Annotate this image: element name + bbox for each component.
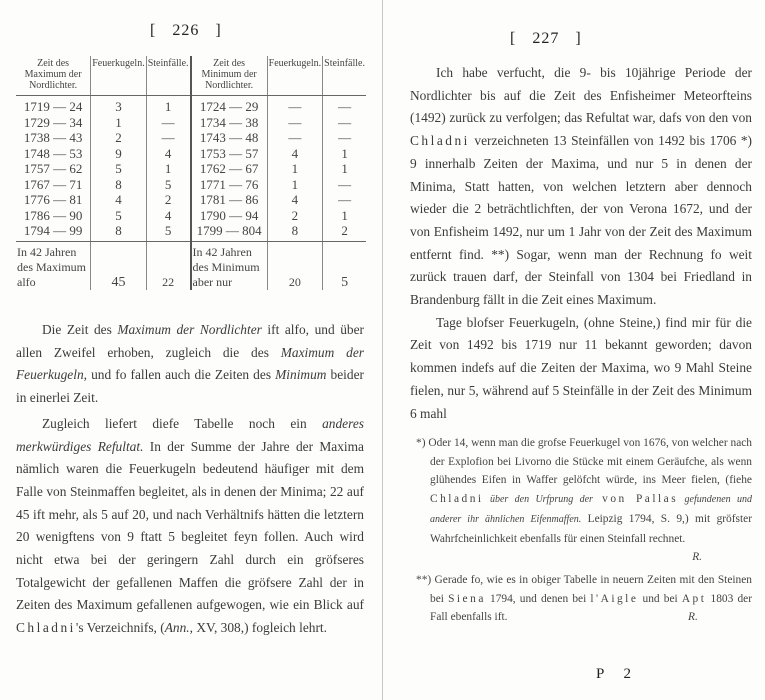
footnote-1-signature: R. <box>414 548 752 567</box>
paragraph: Ich habe verfucht, die 9- bis 10jährige … <box>410 62 752 312</box>
right-body-text: Ich habe verfucht, die 9- bis 10jährige … <box>410 62 752 425</box>
header-max-time: Zeit des Maximum der Nordlichter. <box>16 56 91 96</box>
cell: 2 <box>91 130 147 146</box>
cell: 4 <box>91 192 147 208</box>
cell: 1799 — 804 <box>191 223 268 241</box>
cell: 1748 — 53 <box>16 146 91 162</box>
cell: 1 <box>323 161 366 177</box>
sum-label-min: In 42 Jahren des Minimum aber nur <box>191 241 268 290</box>
header-max-fireballs: Feuerkugeln. <box>91 56 147 96</box>
signature-mark: P 2 <box>596 666 639 683</box>
cell: 4 <box>267 192 323 208</box>
cell: 8 <box>267 223 323 241</box>
cell: 1762 — 67 <box>191 161 268 177</box>
page-gutter <box>382 0 383 700</box>
left-page: [226] Zeit des Maximum der Nordlichter. … <box>0 0 382 700</box>
cell: — <box>323 115 366 131</box>
table-row: 1776 — 81 4 2 1781 — 86 4 — <box>16 192 366 208</box>
sum-min-fireballs: 20 <box>267 241 323 290</box>
header-min-stonefalls: Steinfälle. <box>323 56 366 96</box>
cell: 5 <box>91 208 147 224</box>
cell: 1776 — 81 <box>16 192 91 208</box>
left-body-text: Die Zeit des Maximum der Nordlichter ift… <box>16 319 364 640</box>
cell: 4 <box>267 146 323 162</box>
sum-label-max: In 42 Jahren des Maximum alfo <box>16 241 91 290</box>
cell: 1781 — 86 <box>191 192 268 208</box>
cell: 1794 — 99 <box>16 223 91 241</box>
cell: 5 <box>146 177 190 193</box>
cell: 1 <box>323 146 366 162</box>
page-number-right: [227] <box>510 30 582 48</box>
cell: 1 <box>323 208 366 224</box>
footnote-1: *) Oder 14, wenn man die grofse Feuerkug… <box>414 434 752 548</box>
table-row: 1767 — 71 8 5 1771 — 76 1 — <box>16 177 366 193</box>
cell: 1 <box>146 96 190 115</box>
cell: — <box>267 96 323 115</box>
cell: — <box>146 130 190 146</box>
sum-min-stonefalls: 5 <box>323 241 366 290</box>
footnotes: *) Oder 14, wenn man die grofse Feuerkug… <box>414 434 752 627</box>
cell: 1790 — 94 <box>191 208 268 224</box>
page-number-left: [226] <box>150 22 222 40</box>
header-max-stonefalls: Steinfälle. <box>146 56 190 96</box>
cell: 1729 — 34 <box>16 115 91 131</box>
table-header-row: Zeit des Maximum der Nordlichter. Feuerk… <box>16 56 366 96</box>
cell: 8 <box>91 223 147 241</box>
cell: 1743 — 48 <box>191 130 268 146</box>
cell: 5 <box>146 223 190 241</box>
cell: 1738 — 43 <box>16 130 91 146</box>
cell: 1 <box>267 161 323 177</box>
cell: — <box>323 96 366 115</box>
cell: 4 <box>146 208 190 224</box>
cell: 1724 — 29 <box>191 96 268 115</box>
header-min-fireballs: Feuerkugeln. <box>267 56 323 96</box>
cell: — <box>323 192 366 208</box>
cell: 1753 — 57 <box>191 146 268 162</box>
paragraph: Die Zeit des Maximum der Nordlichter ift… <box>16 319 364 410</box>
cell: — <box>146 115 190 131</box>
table-sum-row: In 42 Jahren des Maximum alfo 45 22 In 4… <box>16 241 366 290</box>
cell: — <box>323 130 366 146</box>
cell: 1767 — 71 <box>16 177 91 193</box>
table-row: 1786 — 90 5 4 1790 — 94 2 1 <box>16 208 366 224</box>
cell: 5 <box>91 161 147 177</box>
paragraph: Zugleich liefert diefe Tabelle noch ein … <box>16 413 364 640</box>
cell: 1719 — 24 <box>16 96 91 115</box>
table-row: 1748 — 53 9 4 1753 — 57 4 1 <box>16 146 366 162</box>
cell: 2 <box>267 208 323 224</box>
cell: 3 <box>91 96 147 115</box>
table-row: 1794 — 99 8 5 1799 — 804 8 2 <box>16 223 366 241</box>
header-min-time: Zeit des Minimum der Nordlichter. <box>191 56 268 96</box>
table-row: 1719 — 24 3 1 1724 — 29 — — <box>16 96 366 115</box>
table-row: 1738 — 43 2 — 1743 — 48 — — <box>16 130 366 146</box>
cell: 8 <box>91 177 147 193</box>
sum-max-stonefalls: 22 <box>146 241 190 290</box>
cell: 1757 — 62 <box>16 161 91 177</box>
data-table: Zeit des Maximum der Nordlichter. Feuerk… <box>16 56 366 290</box>
cell: 4 <box>146 146 190 162</box>
cell: — <box>267 115 323 131</box>
paragraph: Tage blofser Feuerkugeln, (ohne Steine,)… <box>410 312 752 426</box>
cell: — <box>323 177 366 193</box>
cell: 1 <box>91 115 147 131</box>
cell: 2 <box>146 192 190 208</box>
right-page: [227] Ich habe verfucht, die 9- bis 10jä… <box>384 0 765 700</box>
table-row: 1757 — 62 5 1 1762 — 67 1 1 <box>16 161 366 177</box>
cell: 1 <box>146 161 190 177</box>
cell: 2 <box>323 223 366 241</box>
table-row: 1729 — 34 1 — 1734 — 38 — — <box>16 115 366 131</box>
sum-max-fireballs: 45 <box>91 241 147 290</box>
cell: 1 <box>267 177 323 193</box>
cell: — <box>267 130 323 146</box>
cell: 1734 — 38 <box>191 115 268 131</box>
footnote-2: **) Gerade fo, wie es in obiger Tabelle … <box>414 571 752 627</box>
cell: 1786 — 90 <box>16 208 91 224</box>
cell: 1771 — 76 <box>191 177 268 193</box>
cell: 9 <box>91 146 147 162</box>
